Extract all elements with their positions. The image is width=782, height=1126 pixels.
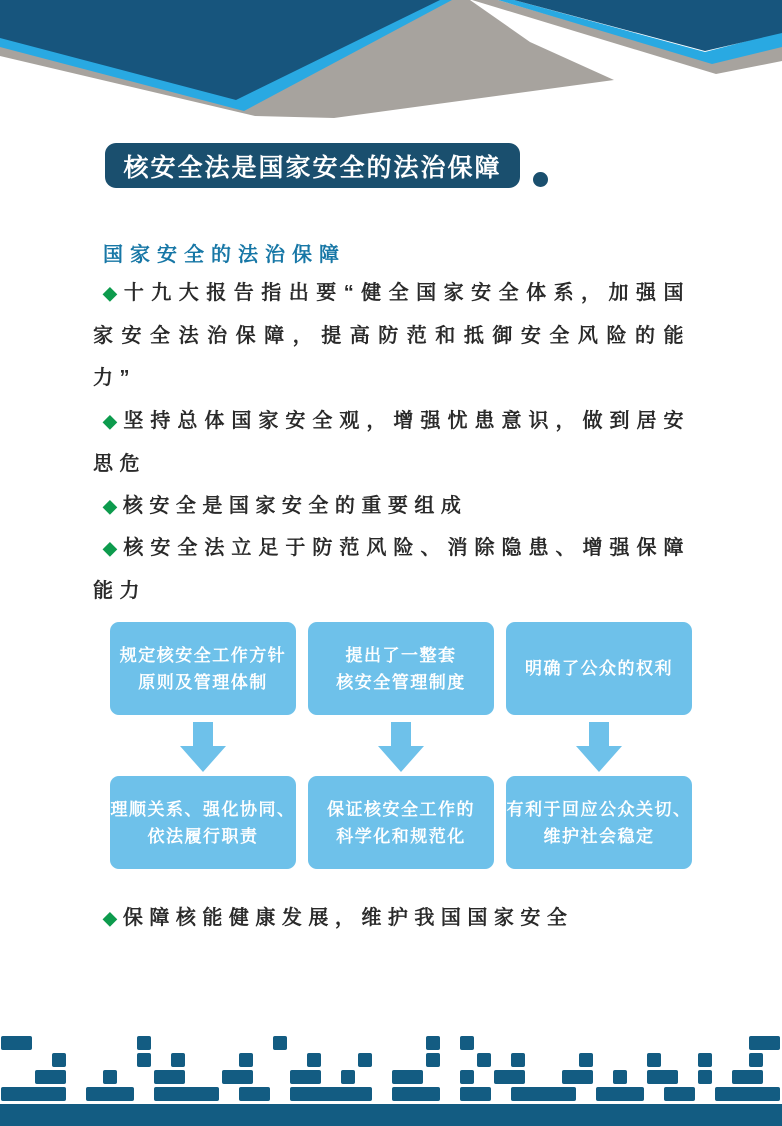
pixel-square [341, 1070, 355, 1084]
pixel-square [613, 1070, 627, 1084]
flow-box-public-rights: 明确了公众的权利 [506, 622, 692, 715]
pixel-square [460, 1070, 474, 1084]
flow-box-line: 原则及管理体制 [138, 669, 268, 696]
pixel-square [239, 1087, 270, 1101]
pixel-square [1, 1087, 66, 1101]
bullet-text: 核安全法立足于防范风险、消除隐患、增强保障能力 [93, 537, 690, 602]
pixel-square [35, 1070, 66, 1084]
down-arrow-icon [576, 722, 622, 772]
pixel-square [749, 1036, 780, 1050]
pixel-square [290, 1070, 321, 1084]
page-title: 核安全法是国家安全的法治保障 [123, 148, 501, 184]
pixel-square [426, 1036, 440, 1050]
pixel-square [392, 1070, 423, 1084]
diamond-bullet-icon: ◆ [103, 283, 118, 303]
bullet-point: ◆核安全法立足于防范风险、消除隐患、增强保障能力 [93, 527, 690, 612]
down-arrow-icon [180, 722, 226, 772]
pixel-square [562, 1070, 593, 1084]
pixel-square [511, 1053, 525, 1067]
flow-box-line: 明确了公众的权利 [525, 655, 673, 682]
pixel-square [307, 1053, 321, 1067]
flow-box-line: 依法履行职责 [148, 823, 259, 850]
flow-box-policy: 规定核安全工作方针 原则及管理体制 [110, 622, 296, 715]
pixel-square [426, 1053, 440, 1067]
flow-box-duties: 理顺关系、强化协同、 依法履行职责 [110, 776, 296, 869]
pixel-square [732, 1070, 763, 1084]
pixel-square [477, 1053, 491, 1067]
pixel-square [715, 1087, 780, 1101]
bottom-bar-decoration [0, 1104, 782, 1126]
pixel-square [664, 1087, 695, 1101]
flow-box-line: 科学化和规范化 [336, 823, 466, 850]
bullet-text: 核安全是国家安全的重要组成 [123, 495, 468, 517]
pixel-square [86, 1087, 134, 1101]
pixel-square [171, 1053, 185, 1067]
pixel-square [579, 1053, 593, 1067]
pixel-square [460, 1087, 491, 1101]
title-dot-decoration [533, 172, 548, 187]
pixel-square [647, 1070, 678, 1084]
pixel-square [698, 1053, 712, 1067]
flow-box-line: 理顺关系、强化协同、 [111, 796, 296, 823]
pixel-square [494, 1070, 525, 1084]
diamond-bullet-icon: ◆ [103, 538, 117, 558]
poster-page: 核安全法是国家安全的法治保障 国家安全的法治保障 ◆十九大报告指出要“健全国家安… [0, 0, 782, 1126]
pixel-square [52, 1053, 66, 1067]
flow-box-standardization: 保证核安全工作的 科学化和规范化 [308, 776, 494, 869]
bullet-point: ◆坚持总体国家安全观，增强忧患意识，做到居安思危 [93, 400, 690, 485]
flow-box-line: 提出了一整套 [346, 642, 457, 669]
pixel-square [511, 1087, 576, 1101]
pixel-square [154, 1087, 219, 1101]
flow-box-line: 有利于回应公众关切、 [507, 796, 692, 823]
title-banner: 核安全法是国家安全的法治保障 [105, 143, 520, 188]
bullet-text: 十九大报告指出要“健全国家安全体系，加强国家安全法治保障，提高防范和抵御安全风险… [93, 282, 690, 389]
pixel-square [137, 1036, 151, 1050]
flow-box-system: 提出了一整套 核安全管理制度 [308, 622, 494, 715]
bullet-text: 保障核能健康发展，维护我国国家安全 [123, 907, 574, 929]
pixel-square [596, 1087, 644, 1101]
pixel-square [273, 1036, 287, 1050]
pixel-square [103, 1070, 117, 1084]
pixel-grid-decoration [0, 1036, 782, 1104]
top-ribbon-decoration [0, 0, 782, 125]
pixel-square [749, 1053, 763, 1067]
flow-box-line: 规定核安全工作方针 [120, 642, 287, 669]
bullet-point: ◆核安全是国家安全的重要组成 [93, 485, 690, 528]
pixel-square [358, 1053, 372, 1067]
bullet-text: 坚持总体国家安全观，增强忧患意识，做到居安思危 [93, 410, 690, 475]
flow-box-line: 核安全管理制度 [336, 669, 466, 696]
pixel-square [239, 1053, 253, 1067]
section-heading: 国家安全的法治保障 [103, 238, 346, 267]
flow-box-line: 维护社会稳定 [544, 823, 655, 850]
flow-box-social-stability: 有利于回应公众关切、 维护社会稳定 [506, 776, 692, 869]
diamond-bullet-icon: ◆ [103, 908, 117, 928]
bullet-point: ◆保障核能健康发展，维护我国国家安全 [93, 897, 690, 940]
pixel-square [137, 1053, 151, 1067]
pixel-square [1, 1036, 32, 1050]
pixel-square [647, 1053, 661, 1067]
pixel-square [698, 1070, 712, 1084]
pixel-square [222, 1070, 253, 1084]
bullet-point: ◆十九大报告指出要“健全国家安全体系，加强国家安全法治保障，提高防范和抵御安全风… [93, 272, 690, 400]
pixel-square [392, 1087, 440, 1101]
pixel-square [154, 1070, 185, 1084]
pixel-square [290, 1087, 372, 1101]
down-arrow-icon [378, 722, 424, 772]
diamond-bullet-icon: ◆ [103, 411, 117, 431]
flow-box-line: 保证核安全工作的 [327, 796, 475, 823]
pixel-square [460, 1036, 474, 1050]
diamond-bullet-icon: ◆ [103, 496, 117, 516]
